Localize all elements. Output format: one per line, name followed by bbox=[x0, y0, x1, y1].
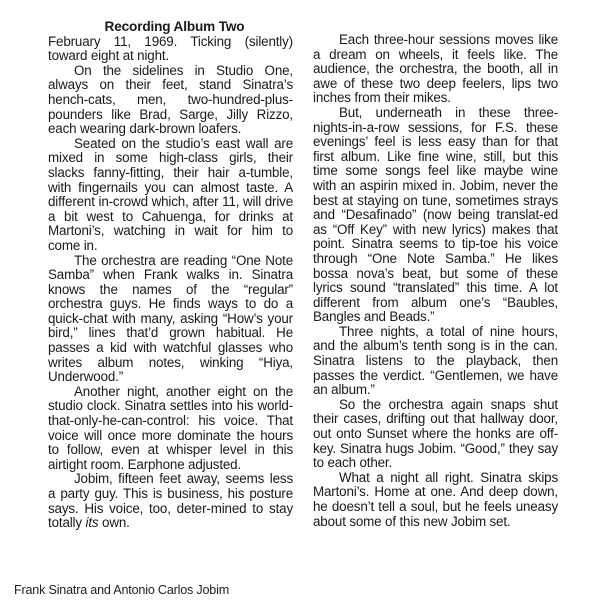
right-column: Each three-hour sessions moves like a dr… bbox=[313, 33, 558, 529]
paragraph-another-night: Another night, another eight on the stud… bbox=[48, 385, 293, 473]
paragraph-jobim: Jobim, fifteen feet away, seems less a p… bbox=[48, 472, 293, 530]
paragraph-date: February 11, 1969. Ticking (silently) to… bbox=[48, 35, 293, 64]
jobim-text-after: own. bbox=[98, 515, 129, 530]
left-column: Recording Album Two February 11, 1969. T… bbox=[48, 20, 293, 531]
paragraph-three-nights: Three nights, a total of nine hours, and… bbox=[313, 325, 558, 398]
paragraph-east-wall: Seated on the studio’s east wall are mix… bbox=[48, 137, 293, 254]
jobim-text-italic: its bbox=[86, 515, 99, 530]
paragraph-what-a-night: What a night all right. Sinatra skips Ma… bbox=[313, 471, 558, 529]
paragraph-snaps-shut: So the orchestra again snaps shut their … bbox=[313, 398, 558, 471]
paragraph-sidelines: On the sidelines in Studio One, always o… bbox=[48, 64, 293, 137]
paragraph-underneath: But, underneath in these three-nights-in… bbox=[313, 106, 558, 325]
paragraph-three-hour-sessions: Each three-hour sessions moves like a dr… bbox=[313, 33, 558, 106]
photo-caption: Frank Sinatra and Antonio Carlos Jobim bbox=[14, 583, 229, 597]
article-heading: Recording Album Two bbox=[48, 20, 293, 35]
document-page: Recording Album Two February 11, 1969. T… bbox=[0, 0, 600, 604]
paragraph-orchestra-reading: The orchestra are reading “One Note Samb… bbox=[48, 254, 293, 385]
